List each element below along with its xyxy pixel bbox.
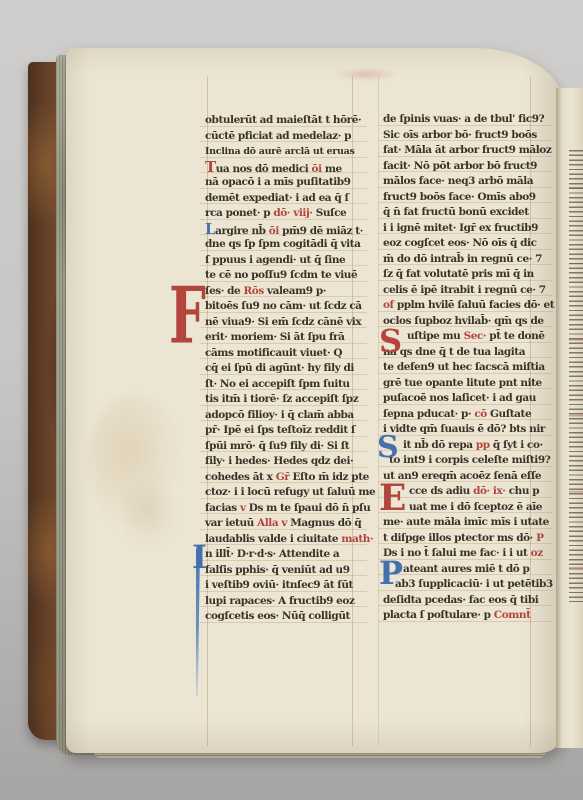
text-segment: pplm hvilē ſaluū facies dō· et (394, 299, 555, 311)
text-segment: m̄ do dō intrab̄ in regnū ce· 7 (383, 253, 542, 265)
text-segment: placta ſ poſtulare· p (383, 609, 494, 621)
text-segment: adopcō filioy· i q̄ clam̄ abba (205, 409, 354, 421)
manuscript-line: fily· i hedes· Hedes qdz dei· (205, 454, 373, 470)
text-segment: eoz cogſcet eos· Nō oīs q̄ dic (383, 237, 537, 249)
manuscript-line: demēt expediat· i ad ea q̄ ſ (205, 191, 373, 207)
text-segment: rca ponet· p (205, 207, 273, 219)
text-segment: laudablis valde i ciuitate (205, 533, 341, 545)
manuscript-line: laudablis valde i ciuitate math· (205, 532, 373, 548)
text-segment: ut an9 ereqm̄ acoēz ſenā eſſe (383, 470, 541, 482)
manuscript-line: eoz cogſcet eos· Nō oīs q̄ dic (383, 236, 559, 252)
manuscript-line: ſt· No ei accepiſt ſpm ſuitu (205, 377, 373, 393)
manuscript-line: celis ē ipē itrabit i regnū ce· 7 (383, 283, 559, 299)
faded-running-title (334, 68, 398, 81)
text-segment: Ds i no t̄ ſalui me fac· i i ut (383, 547, 531, 559)
dropcap-initial: F (169, 278, 206, 356)
text-segment: pt̄ te donē (486, 330, 544, 342)
text-segment: grē tue opante litute pnt nite (383, 377, 542, 389)
manuscript-line: ut an9 ereqm̄ acoēz ſenā eſſe (383, 469, 559, 485)
text-segment: chu p (505, 485, 539, 497)
text-segment: tis itm̄ i tiorē· ſz accepiſt ſpz (205, 393, 358, 405)
text-segment: ſes· de (205, 285, 244, 297)
manuscript-line: ſpūi mrō· q̄ ſu9 fily di· Si ſt (205, 439, 373, 455)
text-segment: de ſpinis vuas· a de tbul' fic9? (383, 113, 544, 125)
manuscript-line: lupi rapaces· A fructib9 eoz (205, 594, 373, 610)
manuscript-line: t diſpge illos ptector ms dō· P (383, 531, 559, 547)
text-segment: pm̄9 dē miāz t· (279, 225, 363, 237)
text-segment: cogſcetis eos· Nūq̄ colligūt (205, 610, 350, 622)
manuscript-line: uat me i dō ſceptoz ē aīe (383, 500, 559, 516)
manuscript-line: pr̄· Ipē ei ſps teſtoīz reddit ſ (205, 423, 373, 439)
text-segment: T (205, 158, 216, 176)
text-segment: L (205, 220, 215, 238)
text-segment: i vidte qm̄ ſuauis ē dō? bts nir (383, 423, 545, 435)
manuscript-line: cohedes āt x Gr̄ Eſto m̄ idz pte (205, 470, 373, 486)
text-segment: Gr̄ (276, 471, 290, 483)
manuscript-line: i veſtib9 oviū· itnſec9 āt ſūt (205, 578, 373, 594)
text-segment: facit· Nō pōt arbor bō fruct9 (383, 160, 537, 172)
manuscript-line: puſacoē nos laſicet· i ad gau (383, 391, 559, 407)
manuscript-line: facit· Nō pōt arbor bō fruct9 (383, 159, 559, 175)
manuscript-line: ſes· de Rōs valeam9 p· (205, 284, 373, 300)
text-column-right: de ſpinis vuas· a de tbul' fic9?Sic oīs … (383, 112, 549, 634)
dropcap-initial: P (379, 557, 403, 589)
manuscript-line: fat· Māla āt arbor fruct9 māloz (383, 143, 559, 159)
manuscript-page: obtulerūt ad maieſtāt t hōrē·cūctē pfici… (66, 48, 564, 753)
text-segment: puſacoē nos laſicet· i ad gau (383, 392, 536, 404)
manuscript-line: fruct9 boōs face· Omīs abo9 (383, 190, 559, 206)
manuscript-line: cce ds adiu dō· ix· chu p (383, 484, 559, 500)
text-segment: Alla v (257, 517, 287, 529)
text-segment: uat me i dō ſceptoz ē aīe (409, 501, 542, 513)
text-segment: ctoz· i i locū refugy ut ſaluū me (205, 486, 375, 498)
text-segment: ōi (269, 225, 279, 237)
text-segment: fily· i hedes· Hedes qdz dei· (205, 455, 353, 467)
text-segment: mālos face· neq3 arbō māla (383, 175, 533, 187)
text-segment: falſis pphis· q̄ veniūt ad u9 (205, 564, 350, 576)
text-segment: cce ds adiu (409, 485, 473, 497)
text-segment: ua nos dō medici (216, 163, 312, 175)
text-segment: cō (474, 408, 487, 420)
manuscript-line: rca ponet· p dō· viij· Suſce (205, 206, 373, 222)
manuscript-line: na qs dne q̄ t de tua lagita (383, 345, 559, 361)
text-segment: fat· Māla āt arbor fruct9 māloz (383, 144, 551, 156)
manuscript-line: Ds i no t̄ ſalui me fac· i i ut oz (383, 546, 559, 562)
dropcap-initial: S (379, 325, 402, 357)
text-segment: Magnus dō q̄ (287, 517, 361, 529)
manuscript-line: oclos ſupboz hvilab̄· qm̄ qs de (383, 314, 559, 330)
text-segment: Sic oīs arbor bō· fruct9 boōs (383, 129, 537, 141)
text-segment: bitoēs ſu9 no cām· ut ſcdz cā (205, 300, 362, 312)
manuscript-line: i i ignē mitet· Igr̄ ex fructib9 (383, 221, 559, 237)
manuscript-line: te defen9 ut hec ſacscā miſtia (383, 360, 559, 376)
text-segment: Guſtate (487, 408, 531, 420)
text-segment: na qs dne q̄ t de tua lagita (383, 346, 525, 358)
text-segment: q̄ n̄ fat fructū bonū excidet (383, 206, 529, 218)
dropcap-initial: E (379, 480, 406, 516)
manuscript-line: obtulerūt ad maieſtāt t hōrē· (205, 113, 373, 129)
text-segment: nā opacō i a mīs puſitatib9 (205, 176, 351, 188)
text-segment: uſtipe mu (407, 330, 464, 342)
manuscript-line: cogſcetis eos· Nūq̄ colligūt (205, 609, 373, 625)
text-segment: t diſpge illos ptector ms dō· (383, 532, 536, 544)
text-segment: pr̄· Ipē ei ſps teſtoīz reddit ſ (205, 424, 355, 436)
text-segment: ſ ppuus i agendi· ut q̄ ſine (205, 254, 345, 266)
manuscript-line: m̄ do dō intrab̄ in regnū ce· 7 (383, 252, 559, 268)
manuscript-line: to int9 i corpis celeſte miſti9? (383, 453, 559, 469)
text-segment: me· aute māla imīc mīs i utate (383, 516, 549, 528)
manuscript-line: cūctē pficiat ad medelaz· p (205, 129, 373, 145)
text-segment: te defen9 ut hec ſacscā miſtia (383, 361, 545, 373)
manuscript-line: tis itm̄ i tiorē· ſz accepiſt ſpz (205, 392, 373, 408)
manuscript-line: q̄ n̄ fat fructū bonū excidet (383, 205, 559, 221)
text-segment: erit· moriem· Si āt ſpu frā (205, 331, 345, 343)
text-segment: of (383, 299, 394, 311)
text-segment: facias (205, 502, 240, 514)
manuscript-line: ſ ppuus i agendi· ut q̄ ſine (205, 253, 373, 269)
text-segment: oz (531, 547, 543, 559)
manuscript-line: grē tue opante litute pnt nite (383, 376, 559, 392)
dropcap-initial: I (192, 541, 207, 573)
manuscript-line: Inclina dō aurē arclā ut eruas (205, 144, 373, 160)
manuscript-line: ateant aures miē t dō p (383, 562, 559, 578)
text-segment: fruct9 boōs face· Omīs abo9 (383, 191, 536, 203)
text-segment: P (536, 532, 543, 544)
text-segment: cūctē pficiat ad medelaz· p (205, 130, 351, 142)
manuscript-line: mālos face· neq3 arbō māla (383, 174, 559, 190)
text-segment: Ds m te ſpaui dō n̄ pſu (246, 502, 371, 514)
text-segment: argire nb̄ (215, 225, 269, 237)
text-segment: Eſto m̄ idz pte (289, 471, 369, 483)
text-segment: dō· ix· (473, 485, 505, 497)
text-segment: Suſce (313, 207, 347, 219)
manuscript-line: falſis pphis· q̄ veniūt ad u9 (205, 563, 373, 579)
manuscript-line: Tua nos dō medici ōi me (205, 160, 373, 176)
text-segment: to int9 i corpis celeſte miſti9? (389, 454, 550, 466)
text-segment: ateant aures miē t dō p (403, 563, 529, 575)
text-segment: ſt· No ei accepiſt ſpm ſuitu (205, 378, 350, 390)
manuscript-line: cāms motificauit viuet· Q (205, 346, 373, 362)
manuscript-line: var ietuū Alla v Magnus dō q̄ (205, 516, 373, 532)
text-segment: Comnt̄ (494, 609, 531, 621)
text-segment: valeam9 p· (264, 285, 326, 297)
manuscript-line: uſtipe mu Sec· pt̄ te donē (383, 329, 559, 345)
text-segment: ſz q̄ fat volutatē pris mī q̄ in (383, 268, 534, 280)
text-segment: me (322, 163, 342, 175)
text-segment: q̄ ſyt i co· (490, 439, 543, 451)
manuscript-photo: obtulerūt ad maieſtāt t hōrē·cūctē pfici… (0, 0, 583, 800)
text-column-left: obtulerūt ad maieſtāt t hōrē·cūctē pfici… (205, 113, 363, 631)
manuscript-line: deſidta pcedas· fac eos q̄ tibi (383, 593, 559, 609)
manuscript-line: nē viua9· Si em̄ ſcdz cānē vix (205, 315, 373, 331)
manuscript-line: ctoz· i i locū refugy ut ſaluū me (205, 485, 373, 501)
parchment-stain (118, 478, 178, 548)
ruling-line-vertical (378, 76, 379, 746)
manuscript-line: ab3 ſupplicaciū· i ut petētib3 (383, 577, 559, 593)
manuscript-line: cq̄ ei ſpū di agūnt· hy fily di (205, 361, 373, 377)
text-segment: cāms motificauit viuet· Q (205, 347, 342, 359)
manuscript-line: erit· moriem· Si āt ſpu frā (205, 330, 373, 346)
manuscript-line: de ſpinis vuas· a de tbul' fic9? (383, 112, 559, 128)
facing-page-gutter-edge (556, 88, 583, 748)
manuscript-line: Largire nb̄ ōi pm̄9 dē miāz t· (205, 222, 373, 238)
manuscript-line: i vidte qm̄ ſuauis ē dō? bts nir (383, 422, 559, 438)
text-segment: celis ē ipē itrabit i regnū ce· 7 (383, 284, 546, 296)
text-segment: cohedes āt x (205, 471, 276, 483)
text-segment: i veſtib9 oviū· itnſec9 āt ſūt (205, 579, 353, 591)
dropcap-initial: S (377, 433, 399, 463)
text-segment: te cē no poſſu9 ſcdm te viuē (205, 269, 357, 281)
facing-page-text-strip (569, 150, 583, 602)
text-segment: Sec· (464, 330, 487, 342)
text-segment: var ietuū (205, 517, 257, 529)
text-segment: Rōs (244, 285, 264, 297)
text-segment: it nb̄ dō repa (403, 439, 476, 451)
text-segment: obtulerūt ad maieſtāt t hōrē· (205, 114, 361, 126)
text-segment: nē viua9· Si em̄ ſcdz cānē vix (205, 316, 361, 328)
text-segment: ab3 ſupplicaciū· i ut petētib3 (395, 578, 553, 590)
manuscript-line: nā opacō i a mīs puſitatib9 (205, 175, 373, 191)
manuscript-line: bitoēs ſu9 no cām· ut ſcdz cā (205, 299, 373, 315)
text-segment: n illt̄· D·r·d·s· Attendite a (205, 548, 339, 560)
manuscript-line: me· aute māla imīc mīs i utate (383, 515, 559, 531)
manuscript-line: te cē no poſſu9 ſcdm te viuē (205, 268, 373, 284)
manuscript-line: facias v Ds m te ſpaui dō n̄ pſu (205, 501, 373, 517)
text-segment: demēt expediat· i ad ea q̄ ſ (205, 192, 349, 204)
manuscript-line: Sic oīs arbor bō· fruct9 boōs (383, 128, 559, 144)
text-segment: lupi rapaces· A fructib9 eoz (205, 595, 354, 607)
manuscript-line: placta ſ poſtulare· p Comnt̄ (383, 608, 559, 624)
text-segment: ōi (312, 163, 322, 175)
text-segment: dne qs ſp ſpm cogitādi q̄ vita (205, 238, 360, 250)
text-segment: deſidta pcedas· fac eos q̄ tibi (383, 594, 538, 606)
manuscript-line: n illt̄· D·r·d·s· Attendite a (205, 547, 373, 563)
manuscript-line: it nb̄ dō repa pp q̄ ſyt i co· (383, 438, 559, 454)
manuscript-line: dne qs ſp ſpm cogitādi q̄ vita (205, 237, 373, 253)
text-segment: ſpūi mrō· q̄ ſu9 fily di· Si ſt (205, 440, 349, 452)
manuscript-line: adopcō filioy· i q̄ clam̄ abba (205, 408, 373, 424)
text-segment: oclos ſupboz hvilab̄· qm̄ qs de (383, 315, 544, 327)
manuscript-line: ſz q̄ fat volutatē pris mī q̄ in (383, 267, 559, 283)
text-segment: math· (341, 533, 373, 545)
text-segment: i i ignē mitet· Igr̄ ex fructib9 (383, 222, 538, 234)
text-segment: cq̄ ei ſpū di agūnt· hy fily di (205, 362, 354, 374)
text-segment: pp (476, 439, 490, 451)
text-segment: Inclina dō aurē arclā ut eruas (205, 146, 355, 157)
text-segment: dō· viij· (273, 207, 312, 219)
text-segment: ſepna pducat· p· (383, 408, 474, 420)
manuscript-line: of pplm hvilē ſaluū facies dō· et (383, 298, 559, 314)
manuscript-line: ſepna pducat· p· cō Guſtate (383, 407, 559, 423)
